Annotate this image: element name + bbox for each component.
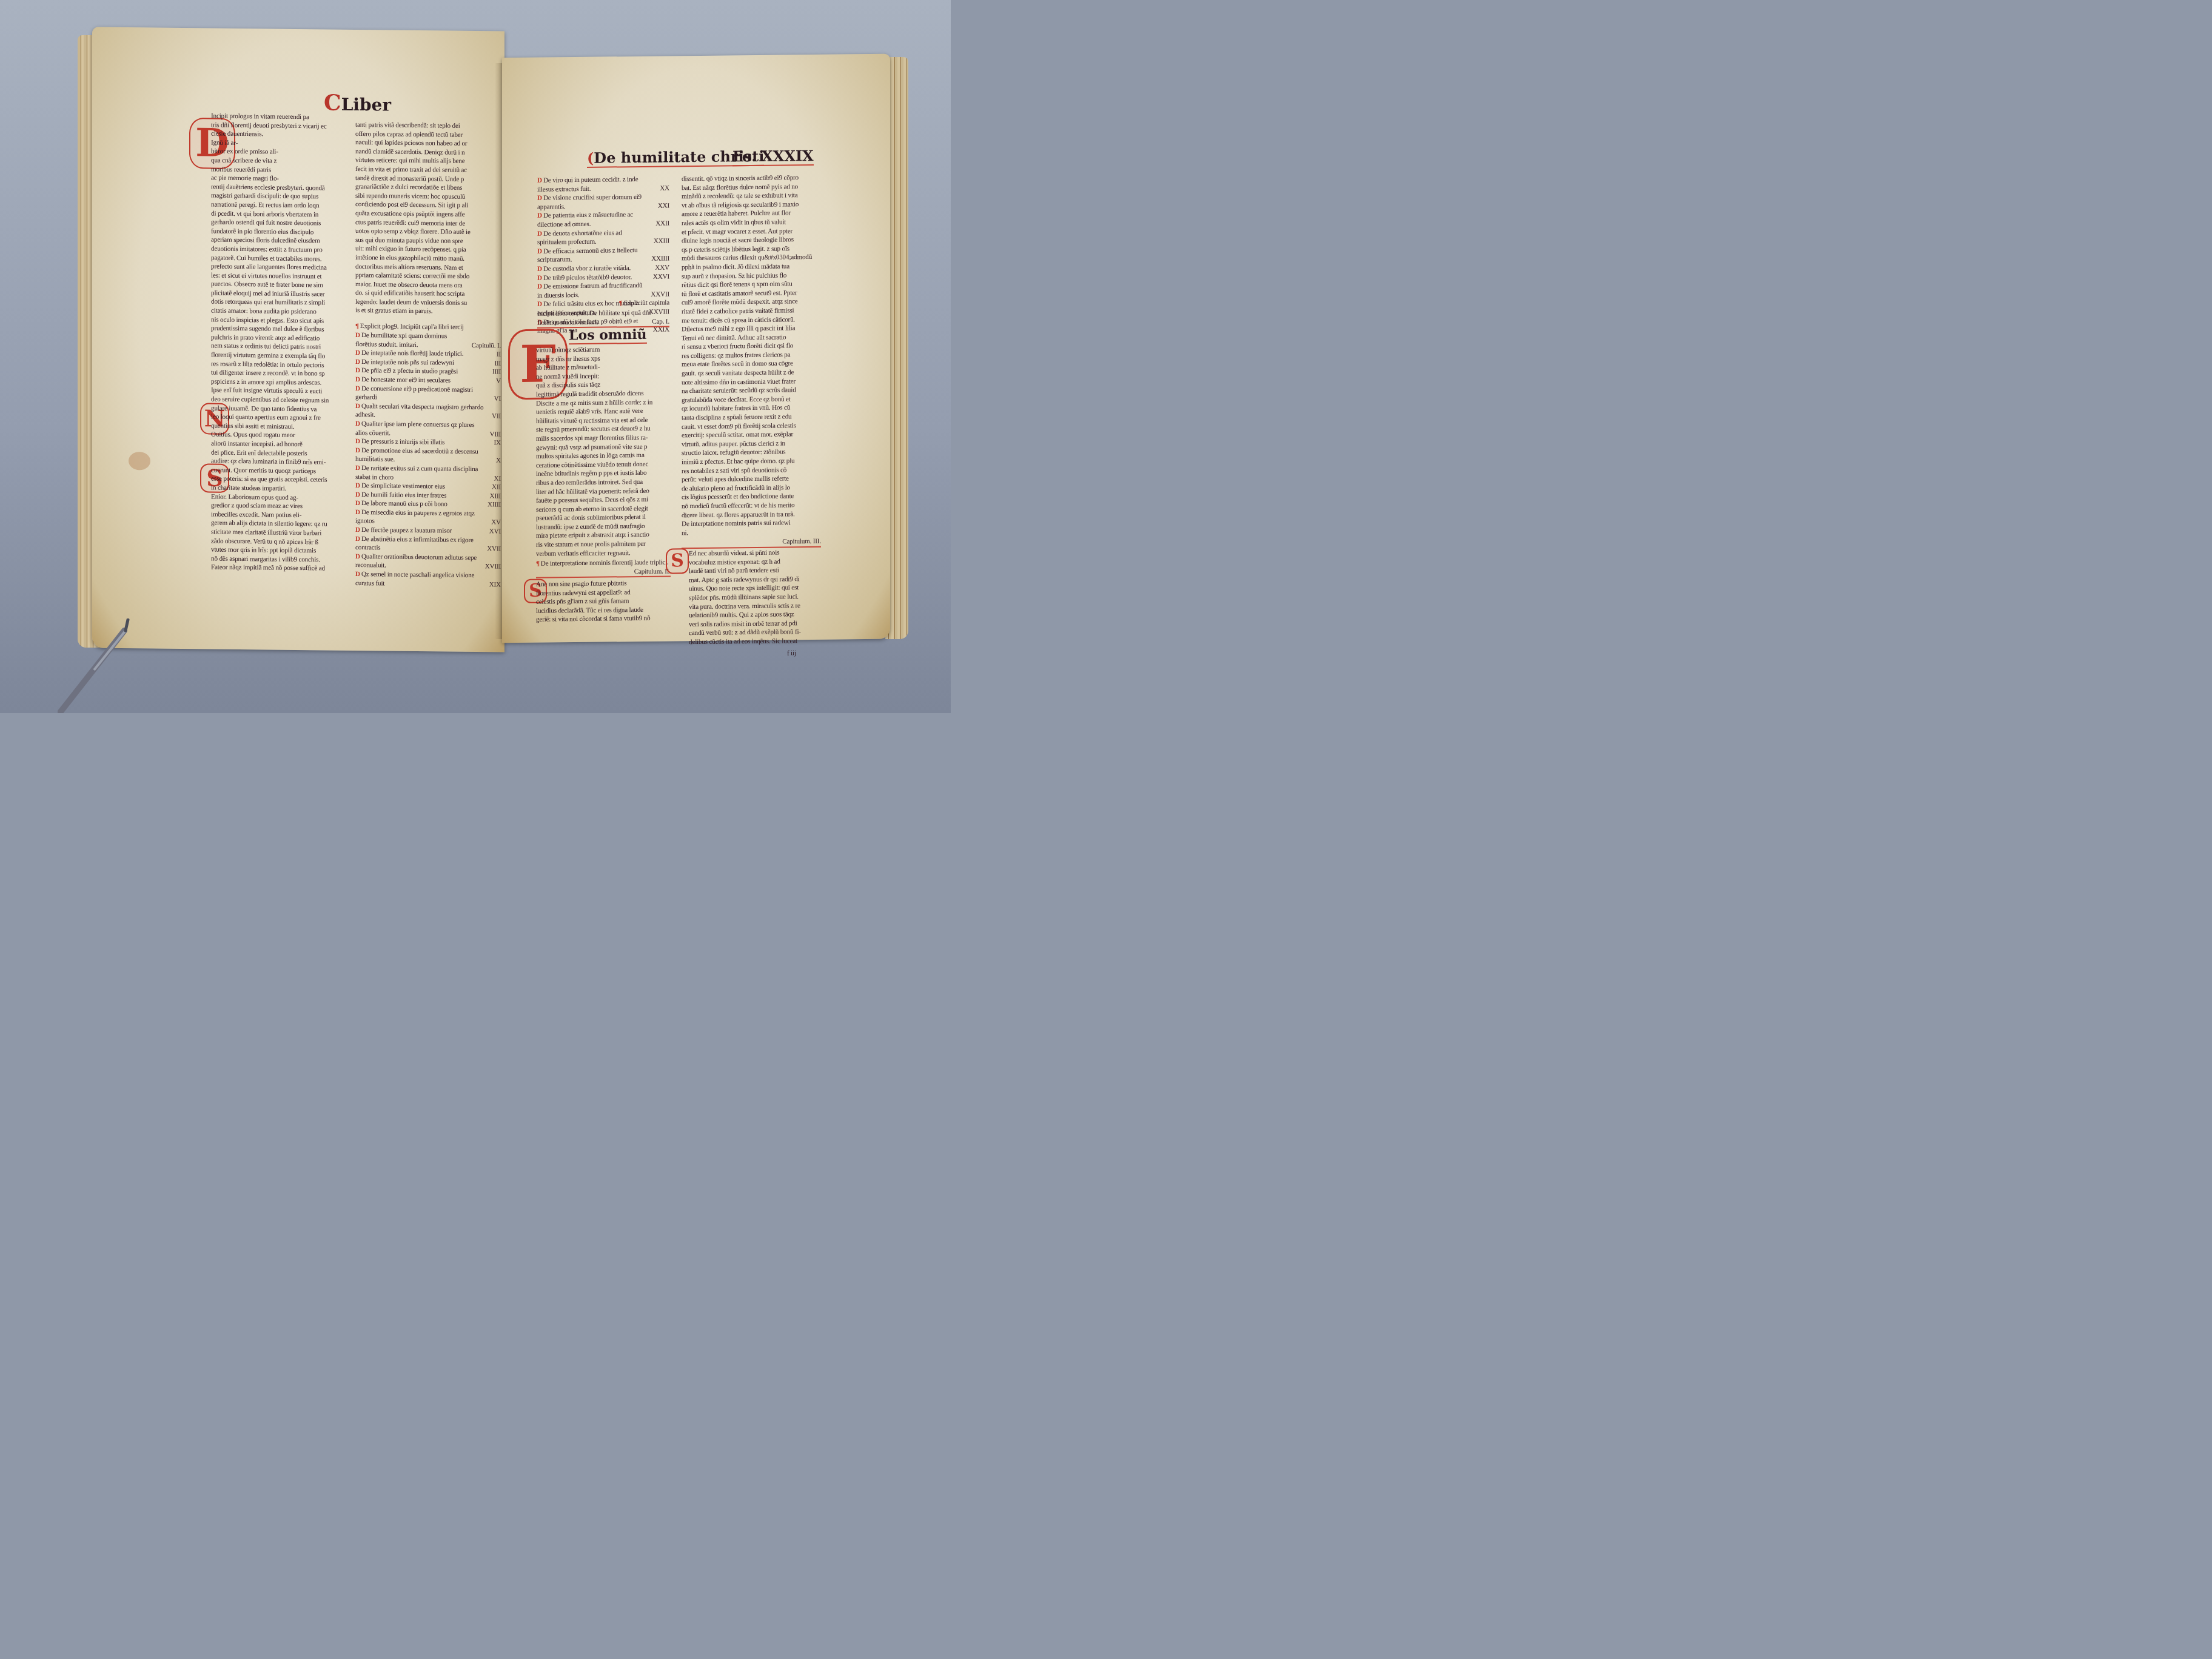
rubricated-letter: D — [355, 526, 360, 534]
chapter-title: De abstinẽtia eius z infirmitatibus ex r… — [355, 535, 474, 552]
rubricated-letter: D — [355, 482, 360, 489]
chapter-title: De trib9 piculos tẽtatõib9 deuotor. — [543, 273, 632, 282]
chapter-list-entry: DDe misecdia eius in pauperes z egrotos … — [355, 508, 501, 528]
right-page: (De humilitate christi Fo. XXXIX DDe vir… — [502, 54, 890, 643]
chapter-number: XXI — [654, 201, 669, 210]
rubricated-letter: D — [537, 195, 542, 202]
chapter-list-entry: DDe patientia eius z mãsuetudine ac dile… — [537, 210, 669, 229]
paragraph-mark: C — [324, 90, 341, 115]
rubricated-letter: D — [355, 438, 360, 445]
left-page: CLiber D N S Incipit prologus in vitam r… — [92, 27, 504, 652]
chapter-number: XXIIII — [648, 255, 669, 264]
chapter-title: De honestate mor ei9 int seculares — [361, 376, 451, 384]
rubricated-letter: D — [355, 553, 360, 560]
chapter-list-entry: DDe efficacia sermonũ eius z itellectu s… — [537, 246, 669, 264]
chapter-title: De simplicitate vestimentor eius — [361, 482, 445, 490]
opening-words: Los omniũ — [569, 327, 647, 344]
explicit-line: ¶Expliciũt capitula — [537, 298, 669, 309]
chapter-title: Qz semel in nocte paschali angelica visi… — [355, 571, 474, 587]
chapter-title: De viro qui in puteum cecidit. z inde il… — [537, 176, 638, 193]
chapter-title: De emissione fratrum ad fructificandũ in… — [537, 282, 642, 299]
chapter-list-entry: DQualit seculari vita despecta magistro … — [355, 402, 501, 421]
chapter-title: De misecdia eius in pauperes z egrotos a… — [355, 509, 475, 525]
signature-mark: f iij — [787, 649, 796, 658]
rubricated-letter: D — [355, 491, 360, 498]
chapter-title: Qualit seculari vita despecta magistro g… — [355, 403, 483, 419]
incipit-liber-tercius: Incipit liber tercius. De hũilitate xpi … — [537, 308, 669, 328]
rubricated-letter: D — [355, 349, 360, 357]
chapter-list-entry: DDe raritate exitus sui z cum quanta dis… — [355, 464, 501, 483]
chapter-3-label: Capitulum. III. — [682, 537, 821, 549]
chapter-list-entry: DDe conuersione ei9 p predicationẽ magis… — [355, 384, 501, 404]
rubricated-letter: D — [355, 500, 360, 507]
paragraph-mark: ( — [587, 149, 594, 167]
chapter-list-left: DDe humilitate xpi quam dominus florẽtiu… — [355, 331, 501, 589]
chapter-title: De visione crucifixi super domum ei9 app… — [537, 193, 642, 210]
text-line: geriẽ: si vita noi cõcordat si fama vtut… — [536, 614, 671, 625]
chapter-number: XX — [656, 184, 669, 193]
text-line: mũdi thesauros carius dilexit qu&#x0304;… — [682, 253, 821, 263]
chapter-list-entry: DDe trib9 piculos tẽtatõib9 deuotor.XXVI — [537, 272, 669, 283]
text-line: Fateor nãqz impitiã meã nõ posse sufficẽ… — [211, 563, 348, 574]
foxing-stain — [129, 452, 150, 470]
chapter-list-entry: DDe emissione fratrum ad fructificandũ i… — [537, 281, 669, 300]
text-line: delibus cũctis ita ad eos inqẽns. Sic lu… — [689, 637, 821, 647]
text-line: verbum veritatis efficaciter regnauit. — [536, 548, 671, 558]
chapter-title: De humili fuitio eius inter fratres — [361, 491, 447, 499]
chapter-number: XXVI — [649, 272, 669, 281]
right-column-2: dissentit. qõ vtiqz in sinceris actib9 e… — [682, 173, 821, 538]
paragraph-mark: ¶ — [355, 323, 359, 330]
rubricated-letter: D — [355, 509, 360, 516]
chapter-title: Qualiter ipse iam plene conuersus qz plu… — [355, 420, 474, 437]
chapter-title: De ffectõe paupez z lauatura misor — [361, 526, 452, 535]
chapter-title: De pressuris z iniurijs sibi illatis — [361, 438, 444, 446]
open-book: CLiber D N S Incipit prologus in vitam r… — [78, 27, 908, 651]
chapter-number: XXIII — [650, 237, 669, 246]
chapter-list-entry: DQualiter ipse iam plene conuersus qz pl… — [355, 420, 501, 439]
rubricated-letter: D — [355, 367, 360, 374]
chapter-title: Qualiter orationibus deuotorum adiutus s… — [355, 553, 477, 569]
chapter-title: De inteptatõe nois florẽtij laude tripli… — [361, 349, 463, 358]
rubricated-letter: D — [537, 283, 542, 290]
rubricated-letter: D — [355, 385, 360, 392]
rubricated-letter: D — [355, 376, 360, 383]
rubricated-letter: D — [355, 358, 360, 366]
rubricated-letter: D — [355, 447, 360, 454]
text-line: deuotionis imitatores: extiit z fructuum… — [211, 244, 348, 255]
rubricated-letter: D — [355, 535, 360, 543]
chapter-title: De efficacia sermonũ eius z itellectu sc… — [537, 247, 637, 264]
text-line: sticitate mea claritatẽ illustriũ viror … — [211, 528, 348, 538]
rubricated-letter: D — [537, 230, 542, 237]
chapter-list-entry: DDe abstinẽtia eius z infirmitatibus ex … — [355, 535, 501, 554]
chapter-title: De custodia vbor z iuratõe vitãda. — [543, 264, 631, 273]
chapter-title: De promotione eius ad sacerdotiũ z desce… — [355, 447, 478, 463]
chapter-list-entry: DDe humilitate xpi quam dominus florẽtiu… — [355, 331, 501, 350]
chapter-list-entry: DDe visione crucifixi super domum ei9 ap… — [537, 193, 669, 212]
text-line: Discite a me qz mitis sum z hũilis corde… — [536, 398, 671, 408]
folio-number: Fo. XXXIX — [732, 147, 814, 166]
chapter-3-text: Ed nec absurdũ videat. si pñni noisvocab… — [689, 548, 821, 647]
chapter-title: De conuersione ei9 p predicationẽ magist… — [355, 385, 473, 401]
text-line: ni. — [682, 528, 821, 538]
chapter-list-entry: DDe promotione eius ad sacerdotiũ z desc… — [355, 446, 501, 466]
metal-probe-tool — [58, 618, 142, 713]
text-line: is et sit gratus etiam in paruis. — [355, 306, 501, 317]
rubricated-letter: D — [537, 274, 542, 281]
rubricated-letter: D — [355, 403, 360, 410]
rubricated-letter: D — [537, 212, 542, 220]
chapter-2-text: Ane non sine psagio future pbitatisflore… — [536, 578, 671, 624]
chapter-title: De raritate exitus sui z cum quanta disc… — [355, 464, 478, 481]
rubricated-letter: D — [355, 332, 360, 339]
chapter-title: De labore manuũ eius p cõi bono — [361, 500, 447, 508]
chapter-title: De inteptatõe nois pñs sui radewyni — [361, 358, 454, 367]
chapter-number: XXV — [651, 263, 669, 272]
chapter-title: De pñia ei9 z pfectu in studio pragẽsi — [361, 367, 458, 375]
chapter-number: XXII — [652, 219, 669, 228]
chapter-list-entry: DDe deuota exhortatõne eius ad spiritual… — [537, 228, 669, 247]
left-column-1: Incipit prologus in vitam reuerendi patr… — [211, 112, 348, 573]
chapter-number: XXVII — [647, 290, 669, 299]
initial-S-chapter-3: S — [666, 548, 689, 574]
chapter-2-title: ¶De interpretatione nominis florentij la… — [536, 558, 671, 578]
rubricated-letter: D — [355, 571, 360, 578]
chapter-title: De patientia eius z mãsuetudine ac dilec… — [537, 211, 633, 228]
chapter-list-entry: DQz semel in nocte paschali angelica vis… — [355, 570, 501, 589]
rubricated-letter: D — [537, 266, 542, 273]
rubricated-letter: D — [537, 247, 542, 255]
chapter-title: De deuota exhortatõne eius ad spirituale… — [537, 229, 622, 246]
chapter-title: De humilitate xpi quam dominus florẽtius… — [355, 332, 447, 349]
chapter-list-entry: DDe viro qui in puteum cecidit. z inde i… — [537, 175, 669, 193]
running-head-left: CLiber — [324, 90, 391, 116]
rubricated-letter: D — [537, 177, 542, 184]
left-column-2: tanti patris vitã describendã: sit teplo… — [355, 121, 501, 317]
rubricated-letter: D — [355, 464, 360, 472]
rubricated-letter: D — [355, 420, 360, 427]
chapter-list-entry: DQualiter orationibus deuotorum adiutus … — [355, 552, 501, 572]
right-column-1: virtutũ oĩmqz sciẽtiarummagr z dñs nr ih… — [536, 344, 671, 558]
